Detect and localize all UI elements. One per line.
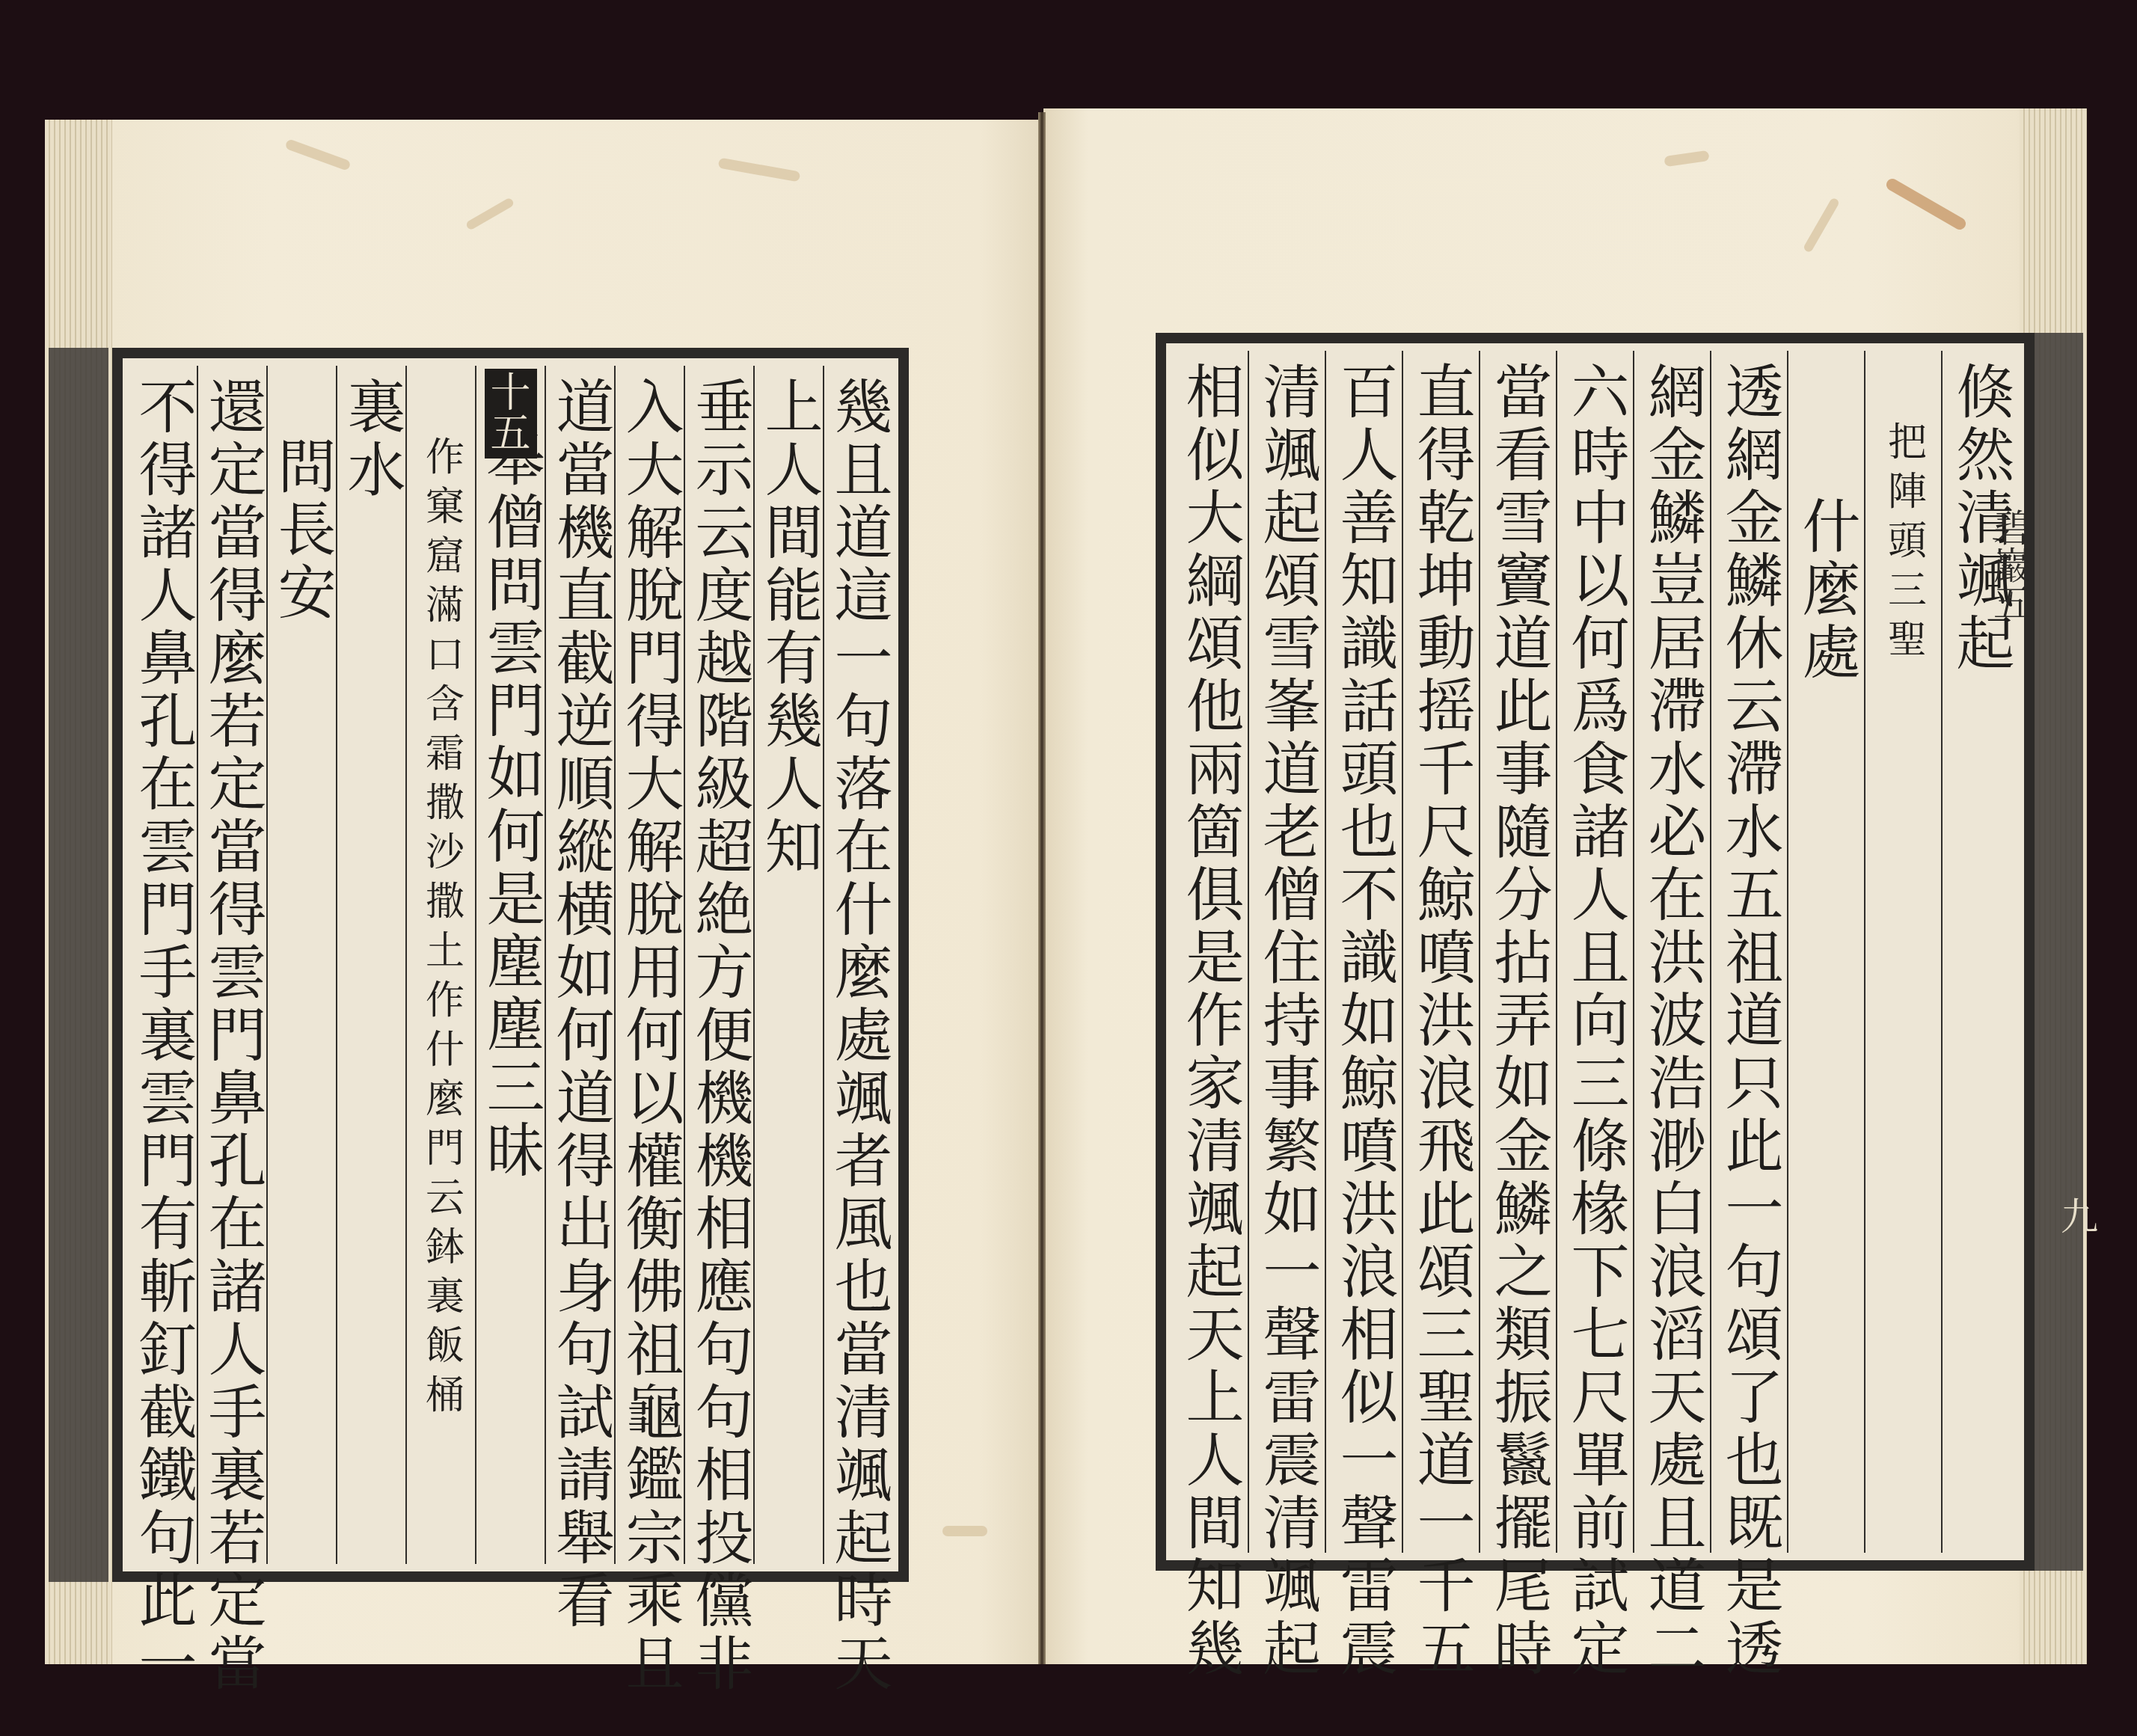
wormhole-mark	[1664, 150, 1709, 167]
text-column: 還定當得麼若定當得雲門鼻孔在諸人手裏若定當	[197, 366, 266, 1564]
wormhole-mark	[1803, 197, 1840, 253]
wormhole-mark	[465, 197, 515, 230]
text-column: 當看雪竇道此事隨分拈弄如金鱗之類振鬣擺尾時	[1479, 351, 1556, 1553]
text-column: 垂示云度越階級超絶方便機機相應句句相投儻非	[684, 366, 753, 1564]
text-column: 什麼處	[1787, 351, 1864, 1553]
text-column: 作窠窟滿口含霜撒沙撒土作什麼門云鉢裏飯桶	[405, 366, 475, 1564]
case-number-marker: 十五	[485, 369, 537, 458]
wormhole-mark	[1884, 177, 1968, 232]
volume-edge-label: 碧巖五	[1982, 509, 2036, 621]
wormhole-mark	[942, 1526, 987, 1536]
text-column: 相似大綱頌他兩箇俱是作家清颯起天上人間知幾	[1172, 351, 1248, 1553]
text-column: 六時中以何爲食諸人且向三條椽下七尺單前試定	[1556, 351, 1633, 1553]
wormhole-mark	[284, 138, 351, 171]
text-column: 清颯起頌雪峯道老僧住持事繁如一聲雷震清颯起	[1248, 351, 1325, 1553]
left-fore-edge-ink-band	[49, 348, 108, 1582]
text-column: 幾且道這一句落在什麼處颯者風也當清颯起時天	[823, 366, 892, 1564]
left-text-frame: 幾且道這一句落在什麼處颯者風也當清颯起時天 上人間能有幾人知 垂示云度越階級超絶…	[112, 348, 909, 1582]
text-column: 問長安	[266, 366, 336, 1564]
text-column: 百人善知識話頭也不識如鯨噴洪浪相似一聲雷震	[1325, 351, 1402, 1553]
wormhole-mark	[718, 158, 801, 183]
text-column: 網金鱗豈居滯水必在洪波浩渺白浪滔天處且道二	[1633, 351, 1710, 1553]
text-column: 直得乾坤動摇千尺鯨噴洪浪飛此頌三聖道一千五	[1402, 351, 1479, 1553]
right-text-frame: 倏然清颯起 把陣頭三聖 什麼處 透網金鱗休云滯水五祖道只此一句頌了也既是透 網金…	[1156, 333, 2035, 1571]
folio-number: 九	[2049, 1197, 2103, 1234]
text-column: 道當機直截逆順縱横如何道得出身句試請舉看	[545, 366, 614, 1564]
text-column: 裏水	[336, 366, 405, 1564]
text-column: 入大解脫門得大解脫用何以權衡佛祖龜鑑宗乘且	[614, 366, 684, 1564]
text-column: 把陣頭三聖	[1864, 351, 1941, 1553]
text-column-case-start: 十五 舉僧問雲門如何是塵塵三昧	[475, 366, 545, 1564]
text-column: 透網金鱗休云滯水五祖道只此一句頌了也既是透	[1710, 351, 1787, 1553]
right-fore-edge-ink-band	[2035, 333, 2083, 1571]
text-column: 不得諸人鼻孔在雲門手裏雲門有斬釘截鐵句此一	[129, 366, 197, 1564]
text-column: 上人間能有幾人知	[753, 366, 823, 1564]
book-gutter	[1038, 112, 1046, 1664]
